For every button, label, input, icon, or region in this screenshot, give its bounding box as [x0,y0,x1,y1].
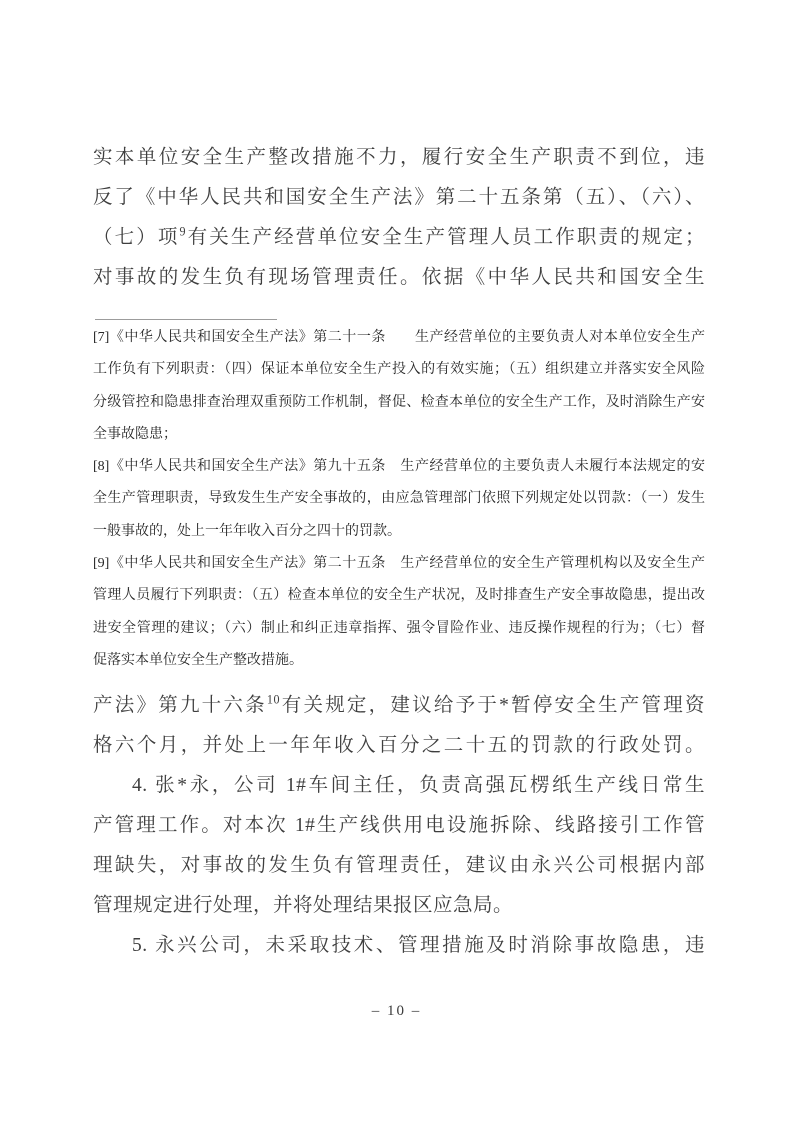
text-line: 4. 张*永，公司 1#车间主任，负责高强瓦楞纸生产线日常生 [93,766,705,806]
text-line: 进安全管理的建议；（六）制止和纠正违章指挥、强令冒险作业、违反操作规程的行为；（… [93,613,705,645]
text-segment: 有关生产经营单位安全生产管理人员工作职责的规定； [186,227,705,248]
text-line: 产管理工作。对本次 1#生产线供用电设施拆除、线路接引工作管 [93,806,705,846]
text-line: [9]《中华人民共和国安全生产法》第二十五条 生产经营单位的安全生产管理机构以及… [93,548,705,580]
text-segment: 促落实本单位安全生产整改措施。 [93,653,303,668]
text-segment: 工作负有下列职责：（四）保证本单位安全生产投入的有效实施；（五）组织建立并落实安… [93,362,705,377]
text-line: 产法》第九十六条10有关规定，建议给予于*暂停安全生产管理资 [93,686,705,726]
text-segment: [7]《中华人民共和国安全生产法》第二十一条 生产经营单位的主要负责人对本单位安… [93,330,705,345]
footnote-reference: 10 [267,693,280,707]
text-segment: 分级管控和隐患排查治理双重预防工作机制，督促、检查本单位的安全生产工作，及时消除… [93,395,705,410]
text-segment: 一般事故的，处上一年年收入百分之四十的罚款。 [93,524,401,539]
footnote-9: [9]《中华人民共和国安全生产法》第二十五条 生产经营单位的安全生产管理机构以及… [93,548,705,677]
text-line: 管理规定进行处理，并将处理结果报区应急局。 [93,886,705,926]
text-line: 分级管控和隐患排查治理双重预防工作机制，督促、检查本单位的安全生产工作，及时消除… [93,387,705,419]
text-segment: 反了《中华人民共和国安全生产法》第二十五条第（五）、（六）、 [93,187,705,208]
text-line: 对事故的发生负有现场管理责任。依据《中华人民共和国安全生 [93,258,705,298]
text-segment: [8]《中华人民共和国安全生产法》第九十五条 生产经营单位的主要负责人未履行本法… [93,459,705,474]
text-segment: 全事故隐患； [93,427,177,442]
text-segment: 进安全管理的建议；（六）制止和纠正违章指挥、强令冒险作业、违反操作规程的行为；（… [93,621,705,636]
text-segment: 全生产管理职责，导致发生生产安全事故的，由应急管理部门依照下列规定处以罚款：（一… [93,491,705,506]
footnote-separator [95,319,277,320]
footnotes-section: [7]《中华人民共和国安全生产法》第二十一条 生产经营单位的主要负责人对本单位安… [93,322,705,677]
text-line: [8]《中华人民共和国安全生产法》第九十五条 生产经营单位的主要负责人未履行本法… [93,451,705,483]
text-segment: 对事故的发生负有现场管理责任。依据《中华人民共和国安全生 [93,267,705,288]
text-line: 格六个月，并处上一年年收入百分之二十五的罚款的行政处罚。 [93,726,705,766]
text-line: （七）项9有关生产经营单位安全生产管理人员工作职责的规定； [93,218,705,258]
text-segment: 4. 张*永，公司 1#车间主任，负责高强瓦楞纸生产线日常生 [132,775,705,796]
footnote-8: [8]《中华人民共和国安全生产法》第九十五条 生产经营单位的主要负责人未履行本法… [93,451,705,548]
text-line: 5. 永兴公司，未采取技术、管理措施及时消除事故隐患，违 [93,926,705,966]
text-segment: （七）项 [93,227,180,248]
text-line: 理缺失，对事故的发生负有管理责任，建议由永兴公司根据内部 [93,846,705,886]
text-line: [7]《中华人民共和国安全生产法》第二十一条 生产经营单位的主要负责人对本单位安… [93,322,705,354]
text-segment: 管理人员履行下列职责：（五）检查本单位的安全生产状况，及时排查生产安全事故隐患，… [93,588,705,603]
text-segment: 格六个月，并处上一年年收入百分之二十五的罚款的行政处罚。 [93,735,705,756]
text-segment: 实本单位安全生产整改措施不力，履行安全生产职责不到位，违 [93,147,705,168]
body-text-bottom: 产法》第九十六条10有关规定，建议给予于*暂停安全生产管理资格六个月，并处上一年… [93,686,705,966]
body-text-top: 实本单位安全生产整改措施不力，履行安全生产职责不到位，违反了《中华人民共和国安全… [93,138,705,298]
text-segment: 有关规定，建议给予于*暂停安全生产管理资 [280,695,705,716]
text-line: 管理人员履行下列职责：（五）检查本单位的安全生产状况，及时排查生产安全事故隐患，… [93,580,705,612]
text-line: 一般事故的，处上一年年收入百分之四十的罚款。 [93,516,705,548]
text-line: 全生产管理职责，导致发生生产安全事故的，由应急管理部门依照下列规定处以罚款：（一… [93,483,705,515]
text-segment: 产法》第九十六条 [93,695,267,716]
text-line: 实本单位安全生产整改措施不力，履行安全生产职责不到位，违 [93,138,705,178]
text-segment: 理缺失，对事故的发生负有管理责任，建议由永兴公司根据内部 [93,855,705,876]
text-segment: [9]《中华人民共和国安全生产法》第二十五条 生产经营单位的安全生产管理机构以及… [93,556,705,571]
text-line: 促落实本单位安全生产整改措施。 [93,645,705,677]
text-segment: 产管理工作。对本次 1#生产线供用电设施拆除、线路接引工作管 [93,815,705,836]
text-line: 全事故隐患； [93,419,705,451]
text-line: 工作负有下列职责：（四）保证本单位安全生产投入的有效实施；（五）组织建立并落实安… [93,354,705,386]
text-line: 反了《中华人民共和国安全生产法》第二十五条第（五）、（六）、 [93,178,705,218]
page-number: – 10 – [0,1003,793,1020]
text-segment: 5. 永兴公司，未采取技术、管理措施及时消除事故隐患，违 [132,935,705,956]
footnote-7: [7]《中华人民共和国安全生产法》第二十一条 生产经营单位的主要负责人对本单位安… [93,322,705,451]
text-segment: 管理规定进行处理，并将处理结果报区应急局。 [93,895,513,916]
document-page: 实本单位安全生产整改措施不力，履行安全生产职责不到位，违反了《中华人民共和国安全… [0,0,793,1122]
